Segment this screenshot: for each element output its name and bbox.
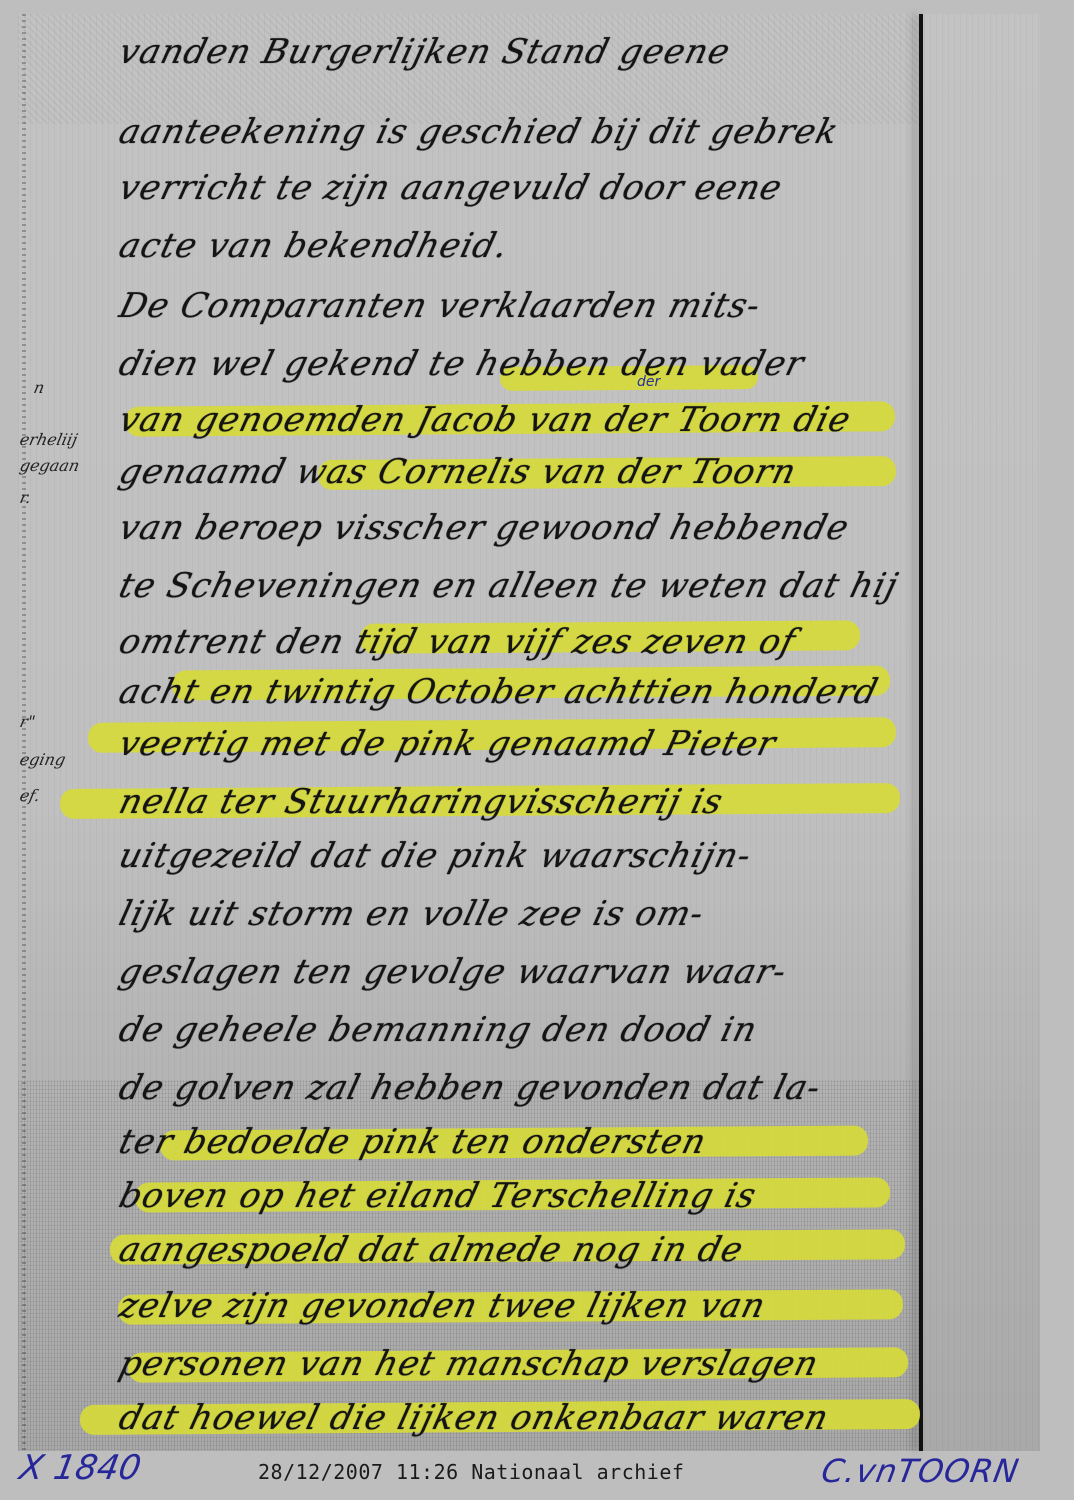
text-line: boven op het eiland Terschelling is (115, 1176, 915, 1216)
text-line: verricht te zijn aangevuld door eene (115, 168, 915, 208)
text-line: de golven zal hebben gevonden dat la- (115, 1068, 915, 1108)
text-line: veertig met de pink genaamd Pieter (115, 724, 915, 764)
text-line: dat hoewel die lijken onkenbaar waren (115, 1398, 915, 1438)
text-line: zelve zijn gevonden twee lijken van (115, 1286, 915, 1326)
text-line: te Scheveningen en alleen te weten dat h… (115, 566, 915, 606)
text-line: geslagen ten gevolge waarvan waar- (115, 952, 915, 992)
text-line: van beroep visscher gewoond hebbende (115, 508, 915, 548)
text-line: aanteekening is geschied bij dit gebrek (115, 112, 915, 152)
text-line: genaamd was Cornelis van der Toorn (115, 452, 915, 492)
text-line: van genoemden Jacob van der Toorn die (115, 400, 915, 440)
text-line: acte van bekendheid. (115, 226, 915, 266)
text-line: lijk uit storm en volle zee is om- (115, 894, 915, 934)
margin-note: gegaan (18, 456, 81, 475)
text-line: aangespoeld dat almede nog in de (115, 1230, 915, 1270)
page-border-rule (919, 14, 923, 1451)
year-handwriting: X 1840 (16, 1448, 144, 1488)
text-line: vanden Burgerlijken Stand geene (115, 32, 915, 72)
text-line: acht en twintig October achttien honderd (115, 672, 915, 712)
text-line: omtrent den tijd van vijf zes zeven of (115, 622, 915, 662)
margin-note: erheliij (18, 430, 79, 449)
name-handwriting: C.vnTOORN (819, 1452, 1023, 1490)
text-line: nella ter Stuurharingvisscherij is (115, 782, 915, 822)
text-line: ter bedoelde pink ten ondersten (115, 1122, 915, 1162)
text-line: de geheele bemanning den dood in (115, 1010, 915, 1050)
text-line: dien wel gekend te hebben den vader (115, 344, 915, 384)
text-line: personen van het manschap verslagen (115, 1344, 915, 1384)
insertion-note: der (637, 374, 660, 390)
text-line: uitgezeild dat die pink waarschijn- (115, 836, 915, 876)
fax-timestamp: 28/12/2007 11:26 Nationaal archief (258, 1460, 684, 1484)
margin-note: ef. (18, 786, 42, 805)
left-margin-line (22, 14, 26, 1451)
margin-note: eging (18, 750, 67, 769)
text-line: De Comparanten verklaarden mits- (115, 286, 915, 326)
